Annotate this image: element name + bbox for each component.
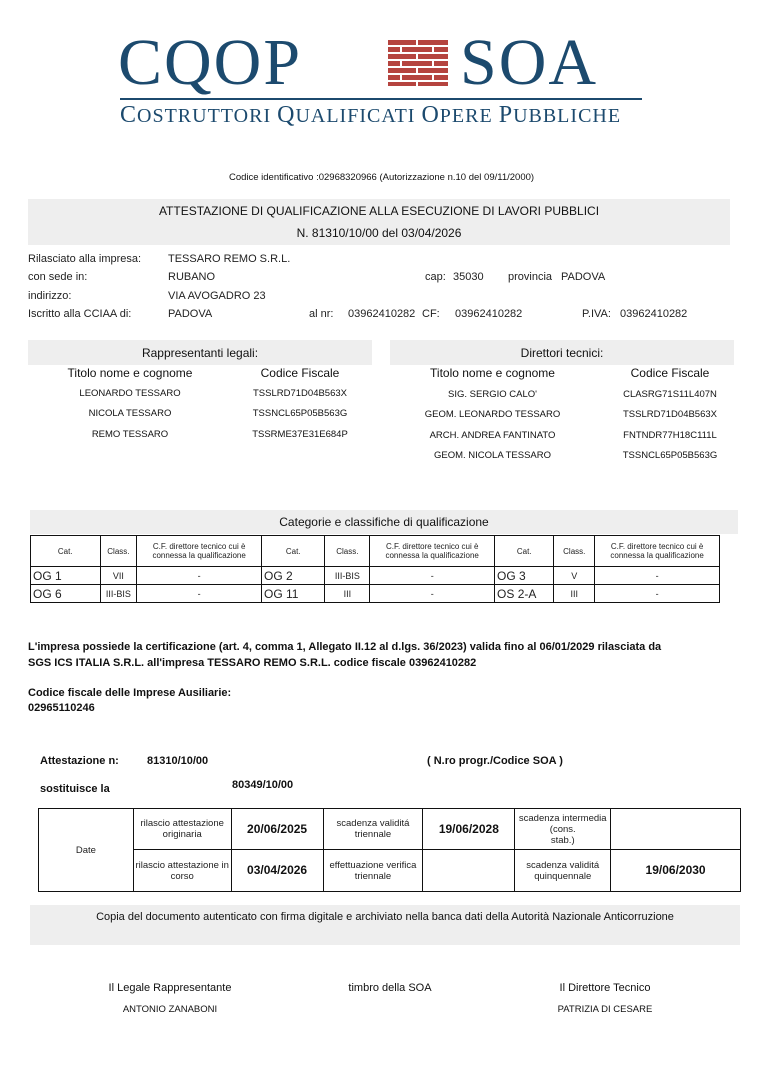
legal-rep-signature-title: Il Legale Rappresentante bbox=[80, 982, 260, 994]
logo-rule bbox=[120, 98, 642, 100]
tech-director-cf: FNTNDR77H18C111L bbox=[590, 430, 750, 441]
replaces-value: 80349/10/00 bbox=[232, 779, 293, 791]
legal-rep-name: NICOLA TESSARO bbox=[40, 408, 220, 419]
current-release-label: rilascio attestazione in corso bbox=[133, 850, 231, 892]
orig-release-label: rilascio attestazione originaria bbox=[133, 809, 231, 850]
legal-rep-signature-name: ANTONIO ZANABONI bbox=[80, 1004, 260, 1015]
tech-directors-heading: Direttori tecnici: bbox=[390, 346, 734, 360]
tech-director-name: ARCH. ANDREA FANTINATO bbox=[400, 430, 585, 441]
table-row: OG 6 III-BIS - OG 11 III - OS 2-A III - bbox=[31, 585, 720, 603]
seat-value: RUBANO bbox=[168, 271, 215, 283]
tech-directors-col-name: Titolo nome e cognome bbox=[400, 366, 585, 380]
dates-label: Date bbox=[39, 809, 134, 892]
legal-rep-name: REMO TESSARO bbox=[40, 429, 220, 440]
footer-note: Copia del documento autenticato con firm… bbox=[30, 911, 740, 923]
logo-right-text: SOA bbox=[460, 28, 598, 98]
certification-line-1: L'impresa possiede la certificazione (ar… bbox=[28, 641, 661, 653]
legal-rep-name: LEONARDO TESSARO bbox=[40, 388, 220, 399]
province-label: provincia bbox=[508, 271, 552, 283]
dates-table: Date rilascio attestazione originaria 20… bbox=[38, 808, 741, 892]
tech-directors-col-cf: Codice Fiscale bbox=[590, 366, 750, 380]
cciaa-label: Iscritto alla CCIAA di: bbox=[28, 308, 131, 320]
address-value: VIA AVOGADRO 23 bbox=[168, 290, 266, 302]
triennial-check-date bbox=[423, 850, 515, 892]
issued-to-label: Rilasciato alla impresa: bbox=[28, 253, 141, 265]
brick-wall-icon bbox=[388, 40, 448, 86]
triennial-check-label: effettuazione verifica triennale bbox=[323, 850, 423, 892]
five-year-expiry-date: 19/06/2030 bbox=[611, 850, 741, 892]
tech-director-signature-title: Il Direttore Tecnico bbox=[520, 982, 690, 994]
tech-director-name: SIG. SERGIO CALO' bbox=[400, 389, 585, 400]
legal-rep-cf: TSSRME37E31E684P bbox=[220, 429, 380, 440]
categories-table: Cat. Class. C.F. direttore tecnico cui è… bbox=[30, 535, 720, 603]
address-label: indirizzo: bbox=[28, 290, 71, 302]
nr-label: al nr: bbox=[309, 308, 333, 320]
tech-director-name: GEOM. NICOLA TESSARO bbox=[400, 450, 585, 461]
attestation-number-label: Attestazione n: bbox=[40, 755, 119, 767]
intermediate-expiry-label: scadenza intermedia (cons. stab.) bbox=[515, 809, 611, 850]
triennial-expiry-date: 19/06/2028 bbox=[423, 809, 515, 850]
certification-line-2: SGS ICS ITALIA S.R.L. all'impresa TESSAR… bbox=[28, 657, 476, 669]
cciaa-value: PADOVA bbox=[168, 308, 212, 320]
tech-director-cf: TSSNCL65P05B563G bbox=[590, 450, 750, 461]
legal-reps-heading: Rappresentanti legali: bbox=[28, 346, 372, 360]
tech-director-signature-name: PATRIZIA DI CESARE bbox=[520, 1004, 690, 1015]
logo-subtitle: COSTRUTTORI QUALIFICATI OPERE PUBBLICHE bbox=[120, 102, 645, 129]
legal-rep-cf: TSSNCL65P05B563G bbox=[220, 408, 380, 419]
page-title: ATTESTAZIONE DI QUALIFICAZIONE ALLA ESEC… bbox=[28, 204, 730, 218]
five-year-expiry-label: scadenza validitá quinquennale bbox=[515, 850, 611, 892]
identifier-line: Codice identificativo :02968320966 (Auto… bbox=[0, 172, 763, 183]
nr-value: 03962410282 bbox=[348, 308, 415, 320]
legal-rep-cf: TSSLRD71D04B563X bbox=[220, 388, 380, 399]
soa-stamp-title: timbro della SOA bbox=[320, 982, 460, 994]
legal-reps-col-name: Titolo nome e cognome bbox=[40, 366, 220, 380]
attestation-number-title: N. 81310/10/00 del 03/04/2026 bbox=[28, 226, 730, 240]
triennial-expiry-label: scadenza validitá triennale bbox=[323, 809, 423, 850]
seat-label: con sede in: bbox=[28, 271, 87, 283]
piva-label: P.IVA: bbox=[582, 308, 611, 320]
cf-label: CF: bbox=[422, 308, 440, 320]
tech-director-name: GEOM. LEONARDO TESSARO bbox=[400, 409, 585, 420]
table-row: OG 1 VII - OG 2 III-BIS - OG 3 V - bbox=[31, 567, 720, 585]
aux-cf-value: 02965110246 bbox=[28, 702, 95, 714]
tech-director-cf: CLASRG71S11L407N bbox=[590, 389, 750, 400]
cap-label: cap: bbox=[425, 271, 446, 283]
cf-value: 03962410282 bbox=[455, 308, 522, 320]
piva-value: 03962410282 bbox=[620, 308, 687, 320]
replaces-label: sostituisce la bbox=[40, 783, 110, 795]
cap-value: 35030 bbox=[453, 271, 484, 283]
logo-left-text: CQOP bbox=[118, 28, 302, 98]
categories-header-row: Cat. Class. C.F. direttore tecnico cui è… bbox=[31, 536, 720, 567]
issued-to-value: TESSARO REMO S.R.L. bbox=[168, 253, 290, 265]
current-release-date: 03/04/2026 bbox=[231, 850, 323, 892]
progr-note: ( N.ro progr./Codice SOA ) bbox=[427, 755, 563, 767]
categories-heading: Categorie e classifiche di qualificazion… bbox=[30, 515, 738, 529]
tech-director-cf: TSSLRD71D04B563X bbox=[590, 409, 750, 420]
legal-reps-col-cf: Codice Fiscale bbox=[220, 366, 380, 380]
province-value: PADOVA bbox=[561, 271, 605, 283]
attestation-number-value: 81310/10/00 bbox=[147, 755, 208, 767]
orig-release-date: 20/06/2025 bbox=[231, 809, 323, 850]
intermediate-expiry-date bbox=[611, 809, 741, 850]
aux-cf-label: Codice fiscale delle Imprese Ausiliarie: bbox=[28, 687, 231, 699]
